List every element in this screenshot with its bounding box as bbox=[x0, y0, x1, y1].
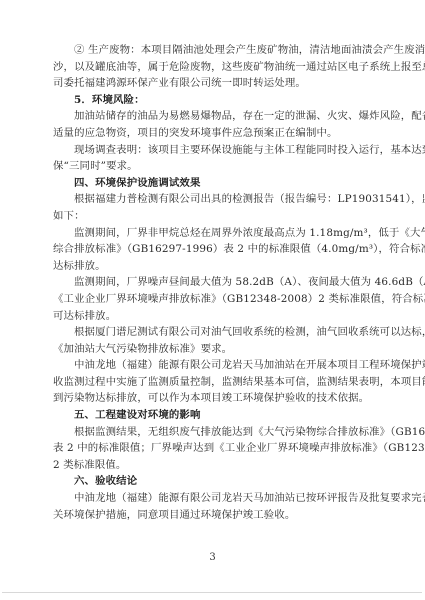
paragraph-line: 沙，以及罐底油等，属于危险废物，这些废矿物油统一通过站区电子系统上报至总公 bbox=[53, 59, 377, 76]
paragraph-line: 《工业企业厂界环境噪声排放标准》（GB12348-2008）2 类标准限值，符合… bbox=[53, 291, 377, 308]
section-heading-4-commissioning-effects: 四、环境保护设施调试效果 bbox=[53, 175, 377, 192]
paragraph-line: 如下： bbox=[53, 208, 377, 225]
section-heading-5-construction-impact: 五、工程建设对环境的影响 bbox=[53, 407, 377, 424]
paragraph-line: 中油龙地（福建）能源有限公司龙岩天马加油站在开展本项目工程环境保护竣工验 bbox=[53, 357, 377, 374]
paragraph-line: 关环境保护措施，同意项目通过环境保护竣工验收。 bbox=[53, 507, 377, 524]
paragraph-line: 根据福建力普检测有限公司出具的检测报告（报告编号：LP19031541），监测结… bbox=[53, 191, 377, 208]
paragraph-line: 司委托福建鸿源环保产业有限公司统一即时转运处理。 bbox=[53, 75, 377, 92]
paragraph-line: 中油龙地（福建）能源有限公司龙岩天马加油站已按环评报告及批复要求完善了相 bbox=[53, 490, 377, 507]
paragraph-line: 加油站储存的油品为易燃易爆物品，存在一定的泄漏、火灾、爆炸风险，配备了 bbox=[53, 108, 377, 125]
paragraph-line: 监测期间，厂界噪声昼间最大值为 58.2dB（A）、夜间最大值为 46.6dB（… bbox=[53, 274, 377, 291]
paragraph-line: ② 生产废物：本项目隔油池处理会产生废矿物油，清洁地面油渍会产生废消防 bbox=[53, 42, 377, 59]
section-heading-6-acceptance-conclusion: 六、验收结论 bbox=[53, 473, 377, 490]
paragraph-line: 到污染物达标排放，可以作为本项目竣工环境保护验收的技术依据。 bbox=[53, 390, 377, 407]
paragraph-line: 根据厦门谱尼测试有限公司对油气回收系统的检测，油气回收系统可以达标，符合 bbox=[53, 324, 377, 341]
paragraph-line: 收监测过程中实施了监测质量控制，监测结果基本可信，监测结果表明，本项目能够做 bbox=[53, 374, 377, 391]
paragraph-line: 保“三同时”要求。 bbox=[53, 158, 377, 175]
paragraph-line: 《加油站大气污染物排放标准》要求。 bbox=[53, 341, 377, 358]
paragraph-line: 综合排放标准》（GB16297-1996）表 2 中的标准限值（4.0mg/m³… bbox=[53, 241, 377, 258]
paragraph-line: 现场调查表明：该项目主要环保设施能与主体工程能同时投入运行，基本达到了环 bbox=[53, 142, 377, 159]
paragraph-line: 2 类标准限值。 bbox=[53, 457, 377, 474]
page-bottom-divider bbox=[2, 592, 422, 593]
paragraph-line: 适量的应急物资，项目的突发环境事件应急预案正在编制中。 bbox=[53, 125, 377, 142]
paragraph-line: 达标排放。 bbox=[53, 258, 377, 275]
paragraph-line: 根据监测结果，无组织废气排放能达到《大气污染物综合排放标准》（GB16297-1… bbox=[53, 424, 377, 441]
paragraph-line: 表 2 中的标准限值；厂界噪声达到《工业企业厂界环境噪声排放标准》（GB1234… bbox=[53, 440, 377, 457]
page-number: 3 bbox=[0, 552, 425, 563]
paragraph-line: 可达标排放。 bbox=[53, 308, 377, 325]
section-heading-environmental-risk: 5．环境风险： bbox=[53, 92, 377, 109]
document-body: ② 生产废物：本项目隔油池处理会产生废矿物油，清洁地面油渍会产生废消防 沙，以及… bbox=[53, 42, 377, 523]
paragraph-line: 监测期间，厂界非甲烷总烃在周界外浓度最高点为 1.18mg/m³，低于《大气污染… bbox=[53, 225, 377, 242]
